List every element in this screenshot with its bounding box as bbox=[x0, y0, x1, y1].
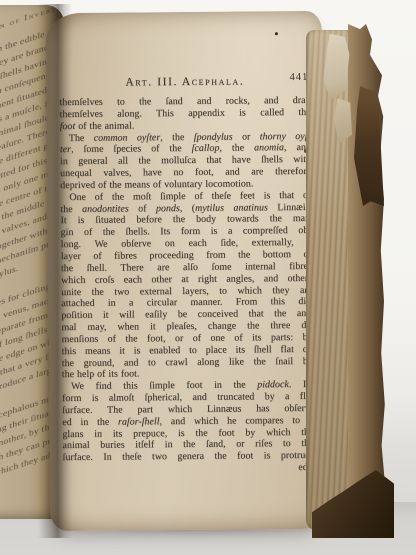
article-title: Art. III. Acephala. bbox=[125, 75, 244, 88]
page-header: Art. III. Acephala. 441 bbox=[59, 71, 310, 89]
page-text: themſelves to the ſand and rocks, and dr… bbox=[59, 95, 313, 476]
ink-speck bbox=[275, 32, 278, 35]
book-photo: on of Invertebral A In the edible muſſeh… bbox=[0, 0, 416, 555]
page-text-column: Art. III. Acephala. 441 themſelves to th… bbox=[59, 71, 314, 476]
text-line: ed bbox=[63, 462, 314, 476]
right-page: Art. III. Acephala. 441 themſelves to th… bbox=[46, 11, 327, 531]
fore-edge bbox=[304, 22, 392, 540]
